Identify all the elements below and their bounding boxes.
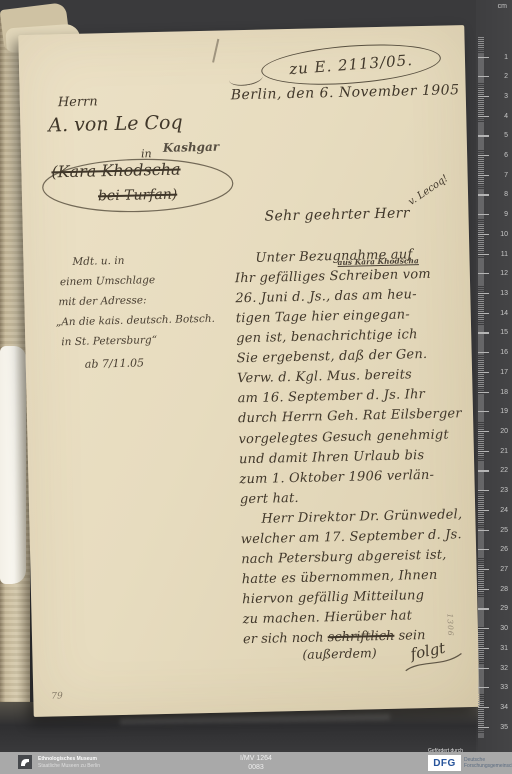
ruler-cm-tick	[478, 96, 489, 97]
ruler-cm-label: 18	[490, 389, 508, 396]
body-line: Ihr gefälliges Schreiben vom	[235, 268, 431, 285]
ruler-cm-label: 21	[490, 448, 508, 455]
ruler-cm-tick	[478, 313, 489, 314]
margin-note-line: Mdt. u. in	[72, 256, 124, 268]
body-line: Sie ergebenst, daß der Gen.	[237, 348, 428, 365]
ruler-cm-tick	[478, 589, 489, 590]
ruler-cm-label: 10	[490, 231, 508, 238]
ruler-cm-tick	[478, 273, 489, 274]
body-line: hiervon gefällig Mitteilung	[242, 589, 424, 606]
strike-flourish	[37, 152, 238, 223]
ruler-cm-tick	[478, 687, 489, 688]
margin-note-line: in St. Petersburg“	[61, 335, 157, 348]
ruler-cm-label: 22	[490, 467, 508, 474]
ruler-cm-label: 28	[490, 586, 508, 593]
body-line: Herr Direktor Dr. Grünwedel,	[261, 508, 462, 526]
ruler-cm-tick	[478, 116, 489, 117]
ruler-cm-tick	[478, 628, 489, 629]
ruler-cm-label: 2	[490, 73, 508, 80]
pencil-page-number: 79	[51, 692, 63, 701]
scan-viewport: zu E. 2113/05. Berlin, den 6. November 1…	[0, 0, 512, 774]
ruler-minor-ticks	[478, 37, 484, 738]
ruler-cm-tick	[478, 431, 489, 432]
ruler-cm-tick	[478, 608, 489, 609]
letter-body: Unter Bezugnahme aufIhr gefälliges Schre…	[18, 25, 464, 35]
ruler-cm-label: 8	[490, 191, 508, 198]
ruler-cm-label: 33	[490, 684, 508, 691]
ruler-cm-tick	[478, 214, 489, 215]
dateline: Berlin, den 6. November 1905	[231, 83, 460, 102]
body-line: vorgelegtes Gesuch genehmigt	[238, 428, 449, 446]
ruler-cm-label: 23	[490, 487, 508, 494]
letter-salutation: Sehr geehrter Herr	[264, 206, 410, 223]
body-line: zum 1. Oktober 1906 verlän-	[239, 468, 434, 485]
body-line: durch Herrn Geh. Rat Eilsberger	[238, 408, 462, 426]
ruler-cm-label: 11	[490, 251, 508, 258]
address-salutation: Herrn	[58, 95, 98, 109]
catchword: folgt	[409, 641, 446, 663]
ruler-cm-label: 17	[490, 369, 508, 376]
ruler-cm-label: 4	[490, 113, 508, 120]
measurement-ruler: cm 1234567891011121314151617181920212223…	[476, 0, 512, 752]
letter-page: zu E. 2113/05. Berlin, den 6. November 1…	[18, 25, 479, 717]
ruler-cm-label: 24	[490, 507, 508, 514]
ruler-cm-tick	[478, 392, 489, 393]
ruler-cm-tick	[478, 372, 489, 373]
letter-body-struck-line: er sich noch schriftlich sein	[243, 629, 426, 646]
ruler-cm-tick	[478, 510, 489, 511]
margin-note: Mdt. u. ineinem Umschlagemit der Adresse…	[18, 25, 464, 35]
ruler-cm-label: 29	[490, 605, 508, 612]
ruler-cm-label: 1	[490, 54, 508, 61]
ruler-cm-label: 32	[490, 665, 508, 672]
ruler-cm-label: 20	[490, 428, 508, 435]
book-bottom-highlight	[120, 714, 390, 725]
body-line: nach Petersburg abgereist ist,	[241, 548, 447, 566]
body-line: Unter Bezugnahme auf	[255, 248, 412, 265]
ruler-cm-label: 19	[490, 408, 508, 415]
ruler-cm-label: 7	[490, 172, 508, 179]
margin-note-line: einem Umschlage	[60, 275, 155, 288]
ruler-cm-tick	[478, 332, 489, 333]
body-line: gert hat.	[240, 492, 299, 506]
ruler-unit-label: cm	[498, 3, 507, 10]
ruler-cm-label: 15	[490, 329, 508, 336]
ruler-cm-label: 13	[490, 290, 508, 297]
ruler-cm-tick	[478, 668, 489, 669]
body-line: tigen Tage hier eingegan-	[236, 309, 410, 326]
ruler-cm-tick	[478, 254, 489, 255]
book-page-edge-white	[0, 346, 26, 584]
ruler-cm-tick	[478, 76, 489, 77]
ruler-cm-label: 14	[490, 310, 508, 317]
ruler-cm-tick	[478, 352, 489, 353]
ruler-cm-tick	[478, 727, 489, 728]
footer-bar: Ethnologisches Museum Staatliche Museen …	[0, 752, 512, 774]
ruler-cm-label: 31	[490, 645, 508, 652]
ruler-cm-label: 5	[490, 132, 508, 139]
body-line: 26. Juni d. Js., das am heu-	[235, 288, 417, 305]
ruler-cm-label: 30	[490, 625, 508, 632]
ruler-cm-tick	[478, 490, 489, 491]
ruler-cm-tick	[478, 234, 489, 235]
ruler-cm-tick	[478, 569, 489, 570]
body-line: welcher am 17. September d. Js.	[241, 528, 462, 546]
ruler-cm-label: 12	[490, 270, 508, 277]
pencil-margin-number: 1306	[446, 613, 454, 636]
ruler-cm-tick	[478, 135, 489, 136]
ruler-cm-tick	[478, 530, 489, 531]
struck-line-prefix: er sich noch	[243, 630, 328, 647]
body-line: hatte es übernommen, Ihnen	[242, 569, 438, 586]
ruler-cm-label: 16	[490, 349, 508, 356]
ruler-cm-tick	[478, 707, 489, 708]
registry-number-text: zu E. 2113/05.	[289, 52, 414, 76]
margin-note-line: „An die kais. deutsch. Botsch.	[56, 314, 215, 328]
insertion-word: (außerdem)	[302, 647, 376, 661]
ruler-cm-tick	[478, 155, 489, 156]
ruler-cm-tick	[478, 57, 489, 58]
ruler-cm-tick	[478, 549, 489, 550]
margin-note-line: ab 7/11.05	[85, 357, 145, 369]
body-line: Verw. d. Kgl. Mus. bereits	[237, 369, 412, 386]
ruler-cm-tick	[478, 194, 489, 195]
ruler-cm-tick	[478, 648, 489, 649]
ruler-cm-label: 9	[490, 211, 508, 218]
margin-note-line: mit der Adresse:	[58, 295, 146, 307]
ruler-cm-label: 34	[490, 704, 508, 711]
dfg-abbreviation: DFG	[433, 758, 456, 769]
ruler-cm-label: 35	[490, 724, 508, 731]
body-line: gen ist, benachrichtige ich	[236, 328, 418, 345]
ruler-cm-tick	[478, 470, 489, 471]
dfg-logo: DFG	[428, 755, 461, 771]
body-line: am 16. September d. Js. Ihr	[237, 388, 425, 405]
body-line: und damit Ihren Urlaub bis	[239, 449, 425, 466]
funder-name-line2: Forschungsgemeinschaft	[464, 763, 512, 769]
ruler-cm-tick	[478, 411, 489, 412]
pencil-stroke-mark	[212, 39, 219, 63]
ruler-cm-tick	[478, 293, 489, 294]
registry-circle-tail	[228, 68, 264, 89]
body-line: zu machen. Hierüber hat	[242, 609, 412, 626]
ruler-cm-label: 3	[490, 93, 508, 100]
ruler-cm-label: 6	[490, 152, 508, 159]
ruler-cm-tick	[478, 175, 489, 176]
ruler-cm-label: 26	[490, 546, 508, 553]
funding-label: Gefördert durch	[428, 748, 463, 754]
struck-line-suffix: sein	[394, 628, 425, 644]
ruler-cm-label: 25	[490, 527, 508, 534]
ruler-cm-label: 27	[490, 566, 508, 573]
struck-word: schriftlich	[328, 629, 395, 646]
letter-salutation-addendum: v. Lecoq!	[407, 174, 450, 208]
address-name: A. von Le Coq	[48, 113, 183, 135]
ruler-cm-tick	[478, 451, 489, 452]
